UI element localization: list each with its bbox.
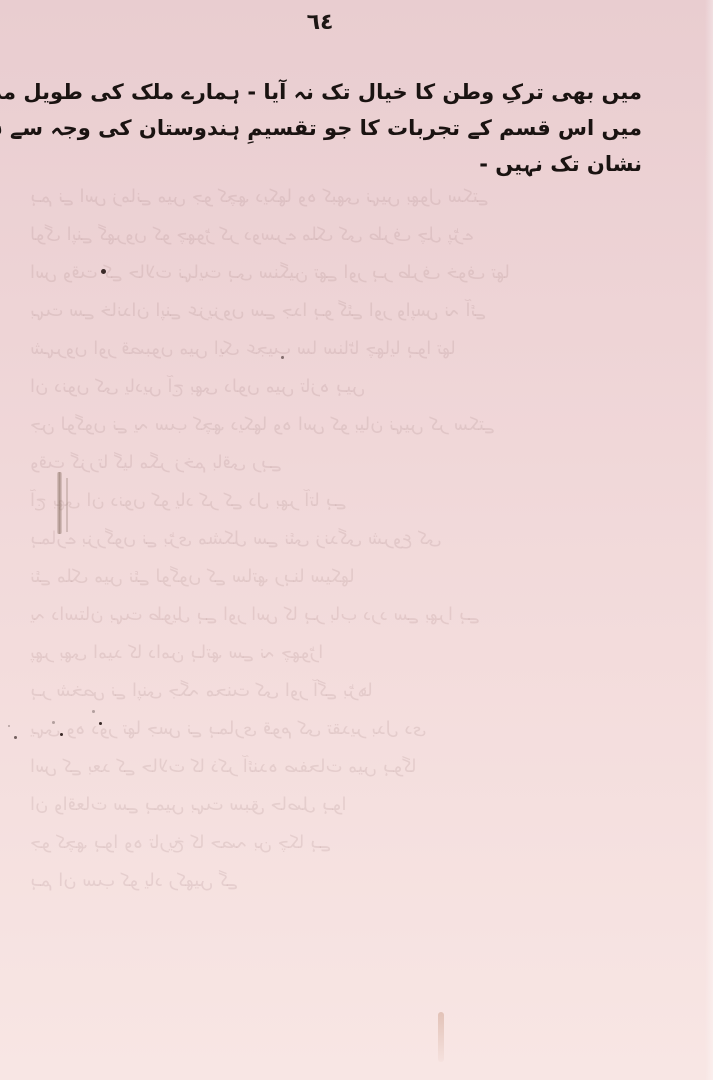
- bleed-through-line: شہروں اور قصبوں میں ایک عجیب سا سناٹا چھ…: [30, 330, 630, 368]
- bleed-through-line: جو کچھ ہوا وہ تاریخ کا حصہ بن چکا ہے: [30, 824, 630, 862]
- bleed-through-line: یہی وہ دور تھا جس نے ہماری قوم کی تقدیر …: [30, 710, 630, 748]
- bleed-through-line: نئے ملک میں نئے لوگوں کے ساتھ رہنا سیکھا: [30, 558, 630, 596]
- bleed-through-line: وقت گزرتا گیا مگر زخم باقی رہے: [30, 444, 630, 482]
- bleed-through-line: ان واقعات سے ہمیں بہت سبق حاصل ہوا: [30, 786, 630, 824]
- page-number: ٦٤: [290, 10, 350, 35]
- bleed-through-line: پھر بھی امید کا دامن ہاتھ سے نہ چھوڑا: [30, 634, 630, 672]
- bleed-through-line: جن لوگوں نے یہ سب کچھ دیکھا وہ اس کو بیا…: [30, 406, 630, 444]
- ink-speck: [101, 269, 106, 274]
- bleed-through-line: بہت سے خاندان اپنے عزیزوں سے جدا ہو گئے …: [30, 292, 630, 330]
- bleed-through-line: ہمارے بزرگوں نے بڑی مشکل سے نئی زندگی شر…: [30, 520, 630, 558]
- ink-speck: [14, 736, 17, 739]
- text-line-3: نشان تک نہیں -: [30, 146, 642, 182]
- bleed-through-line: ان دنوں کی یادیں آج بھی دلوں میں تازہ ہی…: [30, 368, 630, 406]
- text-line-2: میں اس قسم کے تجربات کا جو تقسیمِ ہندوست…: [30, 110, 642, 146]
- ink-speck: [281, 356, 284, 359]
- body-text: میں بھی ترکِ وطن کا خیال تک نہ آیا - ہما…: [30, 74, 642, 182]
- bleed-through-line: یہ داستان بہت طویل ہے اور اس کا ہر باب د…: [30, 596, 630, 634]
- ink-speck: [92, 710, 95, 713]
- ink-speck: [8, 725, 10, 727]
- paper-stain: [438, 1012, 444, 1062]
- paper-crease-mark: [57, 472, 62, 534]
- ink-speck: [60, 733, 63, 736]
- bleed-through-line: اس وقت کے حالات نہایت ہی سنگین تھے اور ہ…: [30, 254, 630, 292]
- bleed-through-text: ہم نے اس زمانے میں جو کچھ دیکھا وہ کبھی …: [30, 178, 630, 900]
- bleed-through-line: اس کے بعد کے حالات کا ذکر آئندہ صفحات می…: [30, 748, 630, 786]
- bleed-through-line: لوگ اپنے گھروں کو چھوڑ کر دوسرے ملک کی ط…: [30, 216, 630, 254]
- ink-speck: [52, 721, 55, 724]
- bleed-through-line: ہم نے اس زمانے میں جو کچھ دیکھا وہ کبھی …: [30, 178, 630, 216]
- text-line-1: میں بھی ترکِ وطن کا خیال تک نہ آیا - ہما…: [30, 74, 642, 110]
- paper-edge: [705, 0, 713, 1080]
- bleed-through-line: ہم ان سب کو یاد رکھیں گے: [30, 862, 630, 900]
- bleed-through-line: ہر شخص نے اپنی جگہ محنت کی اور آگے بڑھا: [30, 672, 630, 710]
- paper-crease-mark-faint: [66, 478, 68, 532]
- ink-speck: [99, 722, 102, 725]
- bleed-through-line: آج بھی ان دنوں کو یاد کر کے دل بھر آتا ہ…: [30, 482, 630, 520]
